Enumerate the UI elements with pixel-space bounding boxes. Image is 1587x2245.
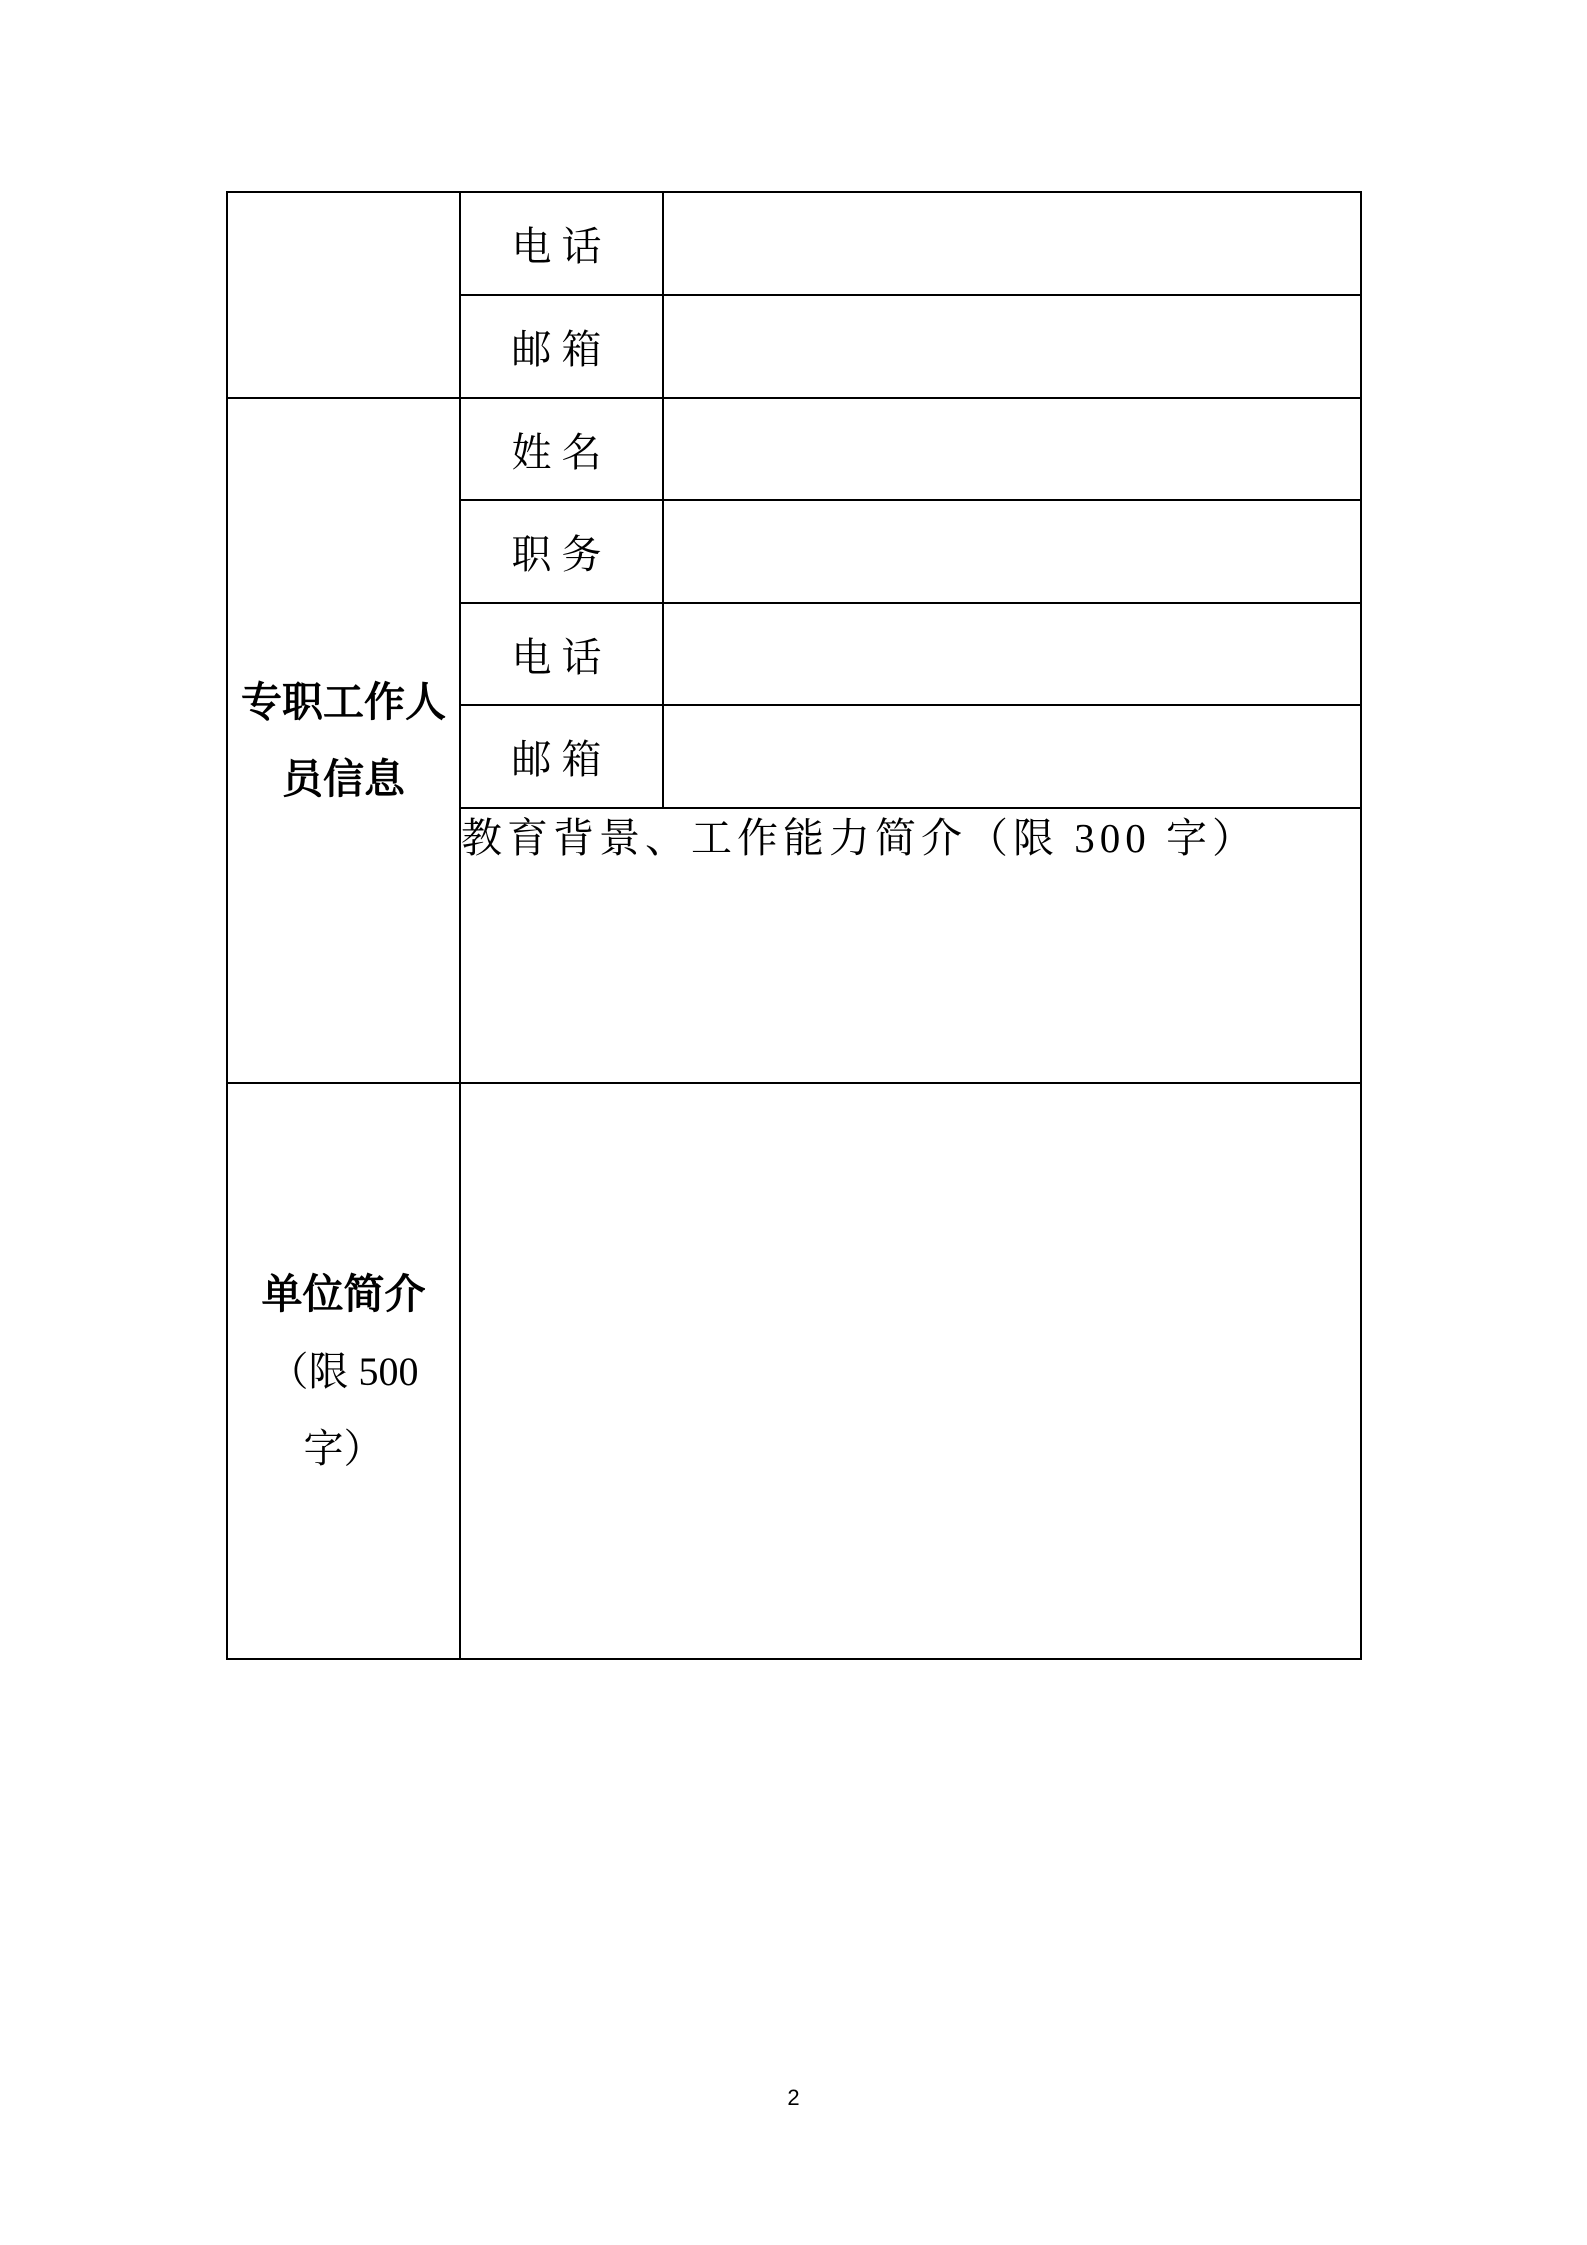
email-input-cell[interactable]: [663, 295, 1361, 398]
contact-section-header-cell: [227, 192, 460, 398]
staff-phone-label-cell: 电话: [460, 603, 663, 705]
staff-bio-prompt-text: 教育背景、工作能力简介（限 300 字）: [461, 815, 1258, 861]
page-number: 2: [0, 2085, 1587, 2111]
table-row: 专职工作人 员信息 姓名: [227, 398, 1361, 500]
org-intro-title-line-1: 单位简介: [228, 1256, 459, 1333]
staff-section-title-line-2: 员信息: [228, 741, 459, 818]
email-label-cell: 邮箱: [460, 295, 663, 398]
phone-label-cell: 电话: [460, 192, 663, 295]
table-row: 单位简介 （限 500 字）: [227, 1083, 1361, 1659]
staff-section-header-cell: 专职工作人 员信息: [227, 398, 460, 1083]
staff-name-label-cell: 姓名: [460, 398, 663, 500]
staff-position-input-cell[interactable]: [663, 500, 1361, 603]
staff-position-label-cell: 职务: [460, 500, 663, 603]
staff-section-title-line-1: 专职工作人: [228, 664, 459, 741]
org-intro-title-line-3: 字）: [228, 1410, 459, 1487]
org-intro-title-line-2: （限 500: [228, 1333, 459, 1410]
org-intro-input-cell[interactable]: [460, 1083, 1361, 1659]
phone-input-cell[interactable]: [663, 192, 1361, 295]
staff-phone-input-cell[interactable]: [663, 603, 1361, 705]
staff-email-label-cell: 邮箱: [460, 705, 663, 808]
org-intro-header-cell: 单位简介 （限 500 字）: [227, 1083, 460, 1659]
document-page: 电话 邮箱 专职工作人 员信息 姓名 职务 电话 邮箱: [0, 0, 1587, 2245]
staff-name-input-cell[interactable]: [663, 398, 1361, 500]
staff-email-input-cell[interactable]: [663, 705, 1361, 808]
staff-bio-note-cell[interactable]: 教育背景、工作能力简介（限 300 字）: [460, 808, 1361, 1083]
table-row: 电话: [227, 192, 1361, 295]
form-table: 电话 邮箱 专职工作人 员信息 姓名 职务 电话 邮箱: [226, 191, 1362, 1660]
